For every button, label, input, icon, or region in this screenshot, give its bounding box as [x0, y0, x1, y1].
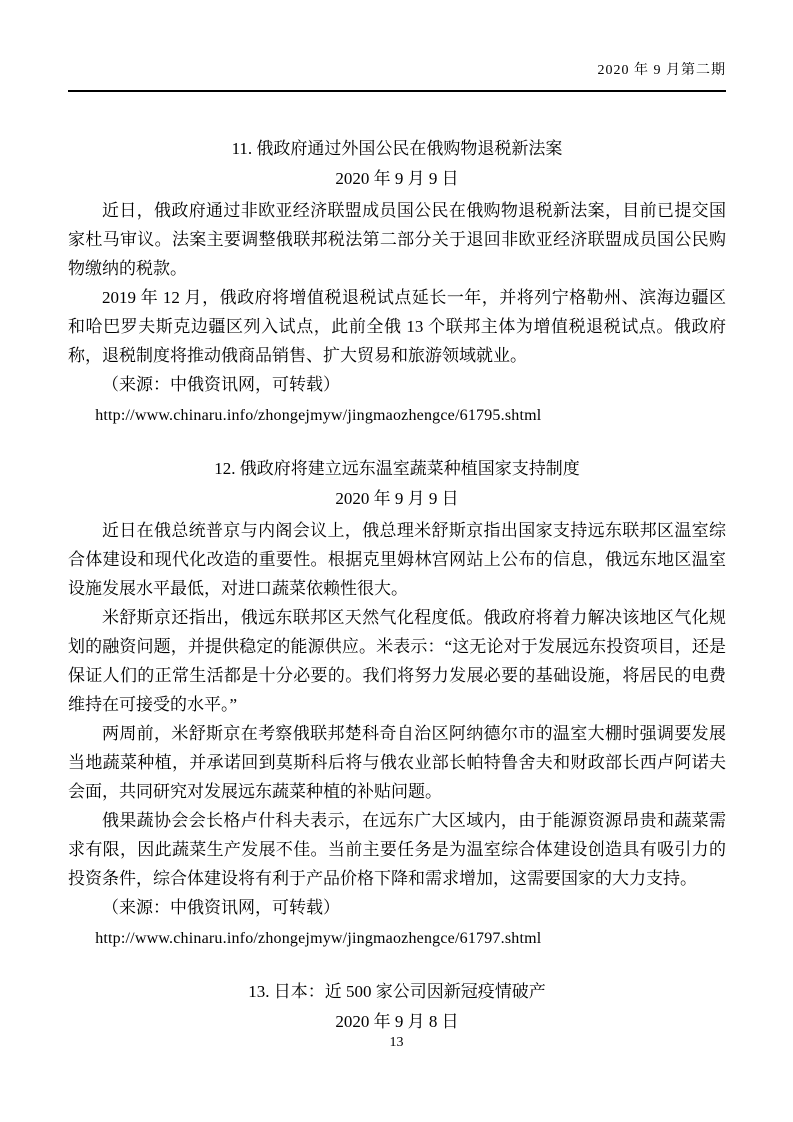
article-12: 12. 俄政府将建立远东温室蔬菜种植国家支持制度 2020 年 9 月 9 日 … — [68, 456, 726, 953]
article-paragraph: 两周前，米舒斯京在考察俄联邦楚科奇自治区阿纳德尔市的温室大棚时强调要发展当地蔬菜… — [68, 719, 726, 806]
issue-label: 2020 年 9 月第二期 — [68, 62, 726, 80]
article-date: 2020 年 9 月 8 日 — [68, 1009, 726, 1035]
header-rule — [68, 90, 726, 92]
article-title: 13. 日本：近 500 家公司因新冠疫情破产 — [68, 979, 726, 1005]
article-11: 11. 俄政府通过外国公民在俄购物退税新法案 2020 年 9 月 9 日 近日… — [68, 136, 726, 430]
page-header: 2020 年 9 月第二期 — [68, 62, 726, 92]
source-line: （来源：中俄资讯网，可转载） — [68, 893, 726, 922]
article-13: 13. 日本：近 500 家公司因新冠疫情破产 2020 年 9 月 8 日 — [68, 979, 726, 1035]
page-number: 13 — [0, 1034, 793, 1052]
article-paragraph: 近日，俄政府通过非欧亚经济联盟成员国公民在俄购物退税新法案，目前已提交国家杜马审… — [68, 196, 726, 283]
source-url: http://www.chinaru.info/zhongejmyw/jingm… — [68, 924, 726, 953]
article-paragraph: 2019 年 12 月，俄政府将增值税退税试点延长一年，并将列宁格勒州、滨海边疆… — [68, 283, 726, 370]
article-paragraph: 俄果蔬协会会长格卢什科夫表示，在远东广大区域内，由于能源资源昂贵和蔬菜需求有限，… — [68, 806, 726, 893]
article-paragraph: 米舒斯京还指出，俄远东联邦区天然气化程度低。俄政府将着力解决该地区气化规划的融资… — [68, 603, 726, 719]
article-title: 12. 俄政府将建立远东温室蔬菜种植国家支持制度 — [68, 456, 726, 482]
article-paragraph: 近日在俄总统普京与内阁会议上，俄总理米舒斯京指出国家支持远东联邦区温室综合体建设… — [68, 516, 726, 603]
source-line: （来源：中俄资讯网，可转载） — [68, 370, 726, 399]
document-page: 2020 年 9 月第二期 11. 俄政府通过外国公民在俄购物退税新法案 202… — [0, 0, 793, 1122]
article-date: 2020 年 9 月 9 日 — [68, 486, 726, 512]
article-date: 2020 年 9 月 9 日 — [68, 166, 726, 192]
source-url: http://www.chinaru.info/zhongejmyw/jingm… — [68, 401, 726, 430]
article-title: 11. 俄政府通过外国公民在俄购物退税新法案 — [68, 136, 726, 162]
